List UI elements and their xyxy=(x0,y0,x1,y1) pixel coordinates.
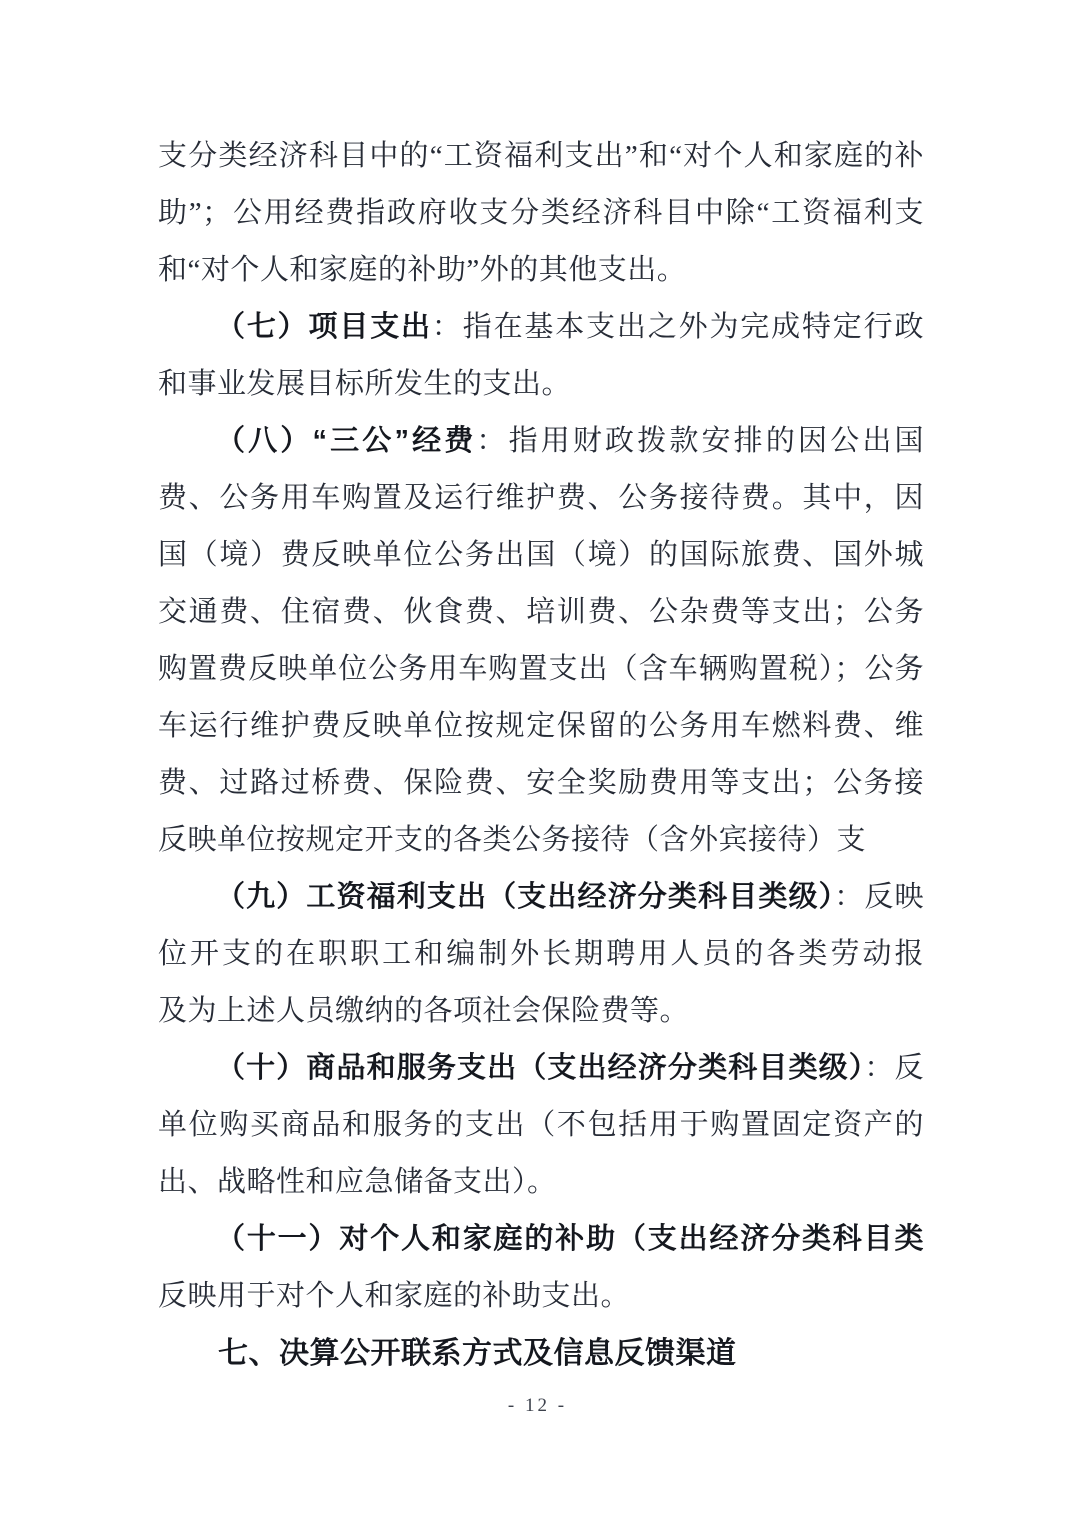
text-line: （七）项目支出：指在基本支出之外为完成特定行政任务 xyxy=(158,299,924,356)
text-line: 支分类经济科目中的“工资福利支出”和“对个人和家庭的补 xyxy=(158,128,924,185)
body-text: 和事业发展目标所发生的支出。 xyxy=(158,368,571,400)
body-text: 费、公务用车购置及运行维护费、公务接待费。其中，因公出 xyxy=(158,482,924,527)
bold-term: （十一）对个人和家庭的补助（支出经济分类科目类级） xyxy=(158,1223,924,1268)
body-text: 反映单位按规定开支的各类公务接待（含外宾接待）支出。 xyxy=(158,824,866,869)
text-line: （九）工资福利支出（支出经济分类科目类级）：反映单 xyxy=(158,869,924,926)
body-text: 费、过路过桥费、保险费、安全奖励费用等支出；公务接待费 xyxy=(158,767,924,812)
para-8-three-public-funds: （八）“三公”经费：指用财政拨款安排的因公出国（境）费、公务用车购置及运行维护费… xyxy=(158,413,924,869)
text-line: 位开支的在职职工和编制外长期聘用人员的各类劳动报酬，以 xyxy=(158,926,924,983)
body-text: 反映用于对个人和家庭的补助支出。 xyxy=(158,1280,630,1312)
body-text: 支分类经济科目中的“工资福利支出”和“对个人和家庭的补 xyxy=(158,140,924,172)
text-line: 购置费反映单位公务用车购置支出（含车辆购置税）；公务用 xyxy=(158,641,924,698)
body-text: 助”；公用经费指政府收支分类经济科目中除“工资福利支出” xyxy=(158,197,924,242)
text-line: 交通费、住宿费、伙食费、培训费、公杂费等支出；公务用车 xyxy=(158,584,924,641)
bold-term: （七）项目支出 xyxy=(216,311,432,343)
text-line: 国（境）费反映单位公务出国（境）的国际旅费、国外城市间 xyxy=(158,527,924,584)
para-11-subsidies-individuals-families: （十一）对个人和家庭的补助（支出经济分类科目类级）：反映用于对个人和家庭的补助支… xyxy=(158,1211,924,1325)
para-9-wage-welfare-expenditure: （九）工资福利支出（支出经济分类科目类级）：反映单位开支的在职职工和编制外长期聘… xyxy=(158,869,924,1040)
text-line: （八）“三公”经费：指用财政拨款安排的因公出国（境） xyxy=(158,413,924,470)
text-line: 出、战略性和应急储备支出）。 xyxy=(158,1154,924,1211)
document-page: 支分类经济科目中的“工资福利支出”和“对个人和家庭的补助”；公用经费指政府收支分… xyxy=(0,0,1075,1520)
body-text: 车运行维护费反映单位按规定保留的公务用车燃料费、维修 xyxy=(158,710,924,755)
text-line: 反映单位按规定开支的各类公务接待（含外宾接待）支出。 xyxy=(158,812,924,869)
text-line: 反映用于对个人和家庭的补助支出。 xyxy=(158,1268,924,1325)
para-7-project-expenditure: （七）项目支出：指在基本支出之外为完成特定行政任务和事业发展目标所发生的支出。 xyxy=(158,299,924,413)
text-line: 助”；公用经费指政府收支分类经济科目中除“工资福利支出” xyxy=(158,185,924,242)
bold-term: （九）工资福利支出（支出经济分类科目类级） xyxy=(216,881,834,913)
section-heading: 七、决算公开联系方式及信息反馈渠道 xyxy=(158,1325,924,1382)
body-text: 交通费、住宿费、伙食费、培训费、公杂费等支出；公务用车 xyxy=(158,596,924,641)
text-line: 和“对个人和家庭的补助”外的其他支出。 xyxy=(158,242,924,299)
text-line: （十）商品和服务支出（支出经济分类科目类级）：反映 xyxy=(158,1040,924,1097)
text-line: 费、公务用车购置及运行维护费、公务接待费。其中，因公出 xyxy=(158,470,924,527)
bold-term: （十）商品和服务支出（支出经济分类科目类级） xyxy=(216,1052,864,1084)
body-text: 位开支的在职职工和编制外长期聘用人员的各类劳动报酬，以 xyxy=(158,938,924,983)
body-text: 出、战略性和应急储备支出）。 xyxy=(158,1166,557,1198)
bold-term: 七、决算公开联系方式及信息反馈渠道 xyxy=(218,1337,737,1370)
para-basic-expenditure-continued: 支分类经济科目中的“工资福利支出”和“对个人和家庭的补助”；公用经费指政府收支分… xyxy=(158,128,924,299)
bold-term: （八）“三公”经费 xyxy=(216,425,476,457)
text-line: 费、过路过桥费、保险费、安全奖励费用等支出；公务接待费 xyxy=(158,755,924,812)
para-10-goods-services-expenditure: （十）商品和服务支出（支出经济分类科目类级）：反映单位购买商品和服务的支出（不包… xyxy=(158,1040,924,1211)
page-number: - 12 - xyxy=(0,1395,1075,1417)
body-text: 和“对个人和家庭的补助”外的其他支出。 xyxy=(158,254,686,286)
heading-section-7-contact-feedback: 七、决算公开联系方式及信息反馈渠道 xyxy=(158,1325,924,1382)
text-line: 和事业发展目标所发生的支出。 xyxy=(158,356,924,413)
body-text: 及为上述人员缴纳的各项社会保险费等。 xyxy=(158,995,689,1027)
body-text: 购置费反映单位公务用车购置支出（含车辆购置税）；公务用 xyxy=(158,653,924,698)
document-body: 支分类经济科目中的“工资福利支出”和“对个人和家庭的补助”；公用经费指政府收支分… xyxy=(158,128,924,1382)
text-line: 单位购买商品和服务的支出（不包括用于购置固定资产的支 xyxy=(158,1097,924,1154)
body-text: 单位购买商品和服务的支出（不包括用于购置固定资产的支 xyxy=(158,1109,924,1154)
text-line: 车运行维护费反映单位按规定保留的公务用车燃料费、维修 xyxy=(158,698,924,755)
text-line: （十一）对个人和家庭的补助（支出经济分类科目类级）： xyxy=(158,1211,924,1268)
text-line: 及为上述人员缴纳的各项社会保险费等。 xyxy=(158,983,924,1040)
body-text: 国（境）费反映单位公务出国（境）的国际旅费、国外城市间 xyxy=(158,539,924,584)
